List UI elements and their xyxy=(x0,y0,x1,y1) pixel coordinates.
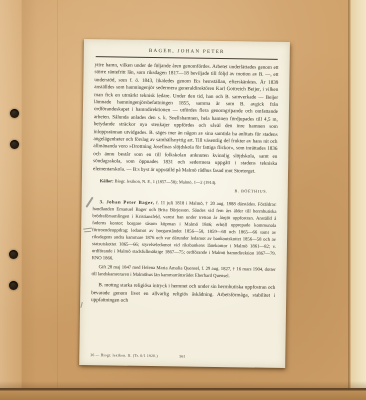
header-rule xyxy=(96,56,278,60)
entry-paragraph: 3. Johan Peter Bager, f. 11 juli 1818 i … xyxy=(92,199,277,265)
sources-label: Källor: xyxy=(100,178,114,183)
running-header: BAGER, JOHAN PETER xyxy=(95,48,279,56)
marriage-paragraph: Gift 28 maj 1847 med Helena Maria Amalia… xyxy=(91,264,275,281)
pencil-mark xyxy=(80,302,83,308)
archive-card-scan: BAGER, JOHAN PETER yttre hamn, vilken un… xyxy=(0,0,366,400)
entry-lead: 3. Johan Peter Bager, xyxy=(100,200,155,206)
author-signature: B. BOËTHIUS. xyxy=(93,186,277,194)
punch-hole xyxy=(9,250,18,259)
continuation-paragraph: yttre hamn, vilken under de följande åre… xyxy=(93,62,279,176)
pasted-clipping: BAGER, JOHAN PETER yttre hamn, vilken un… xyxy=(79,39,290,368)
punch-hole xyxy=(10,109,19,118)
sources-text: Biogr. lexikon, N. F., 1 (1857—58); Malm… xyxy=(115,179,217,186)
punch-hole xyxy=(9,281,18,290)
pencil-mark xyxy=(84,231,91,233)
card-left-crease xyxy=(0,0,62,390)
pencil-mark xyxy=(83,228,92,231)
card-bottom-shadow xyxy=(0,381,366,388)
card-bottom-edge xyxy=(0,388,366,400)
punch-hole xyxy=(10,140,19,149)
printers-mark: 36 — Biogr. lexikon. II. (Tr. 6/1 1920.) xyxy=(90,353,158,358)
footer: 36 — Biogr. lexikon. II. (Tr. 6/1 1920.)… xyxy=(90,353,274,362)
card-crease-line xyxy=(57,0,58,390)
entry-body: f. 11 juli 1818 i Malmö, † 20 aug. 1888 … xyxy=(92,201,277,261)
closing-paragraph: B. mottog starka religiösa intryck i hem… xyxy=(91,282,275,307)
page-edge-strip xyxy=(348,0,366,390)
